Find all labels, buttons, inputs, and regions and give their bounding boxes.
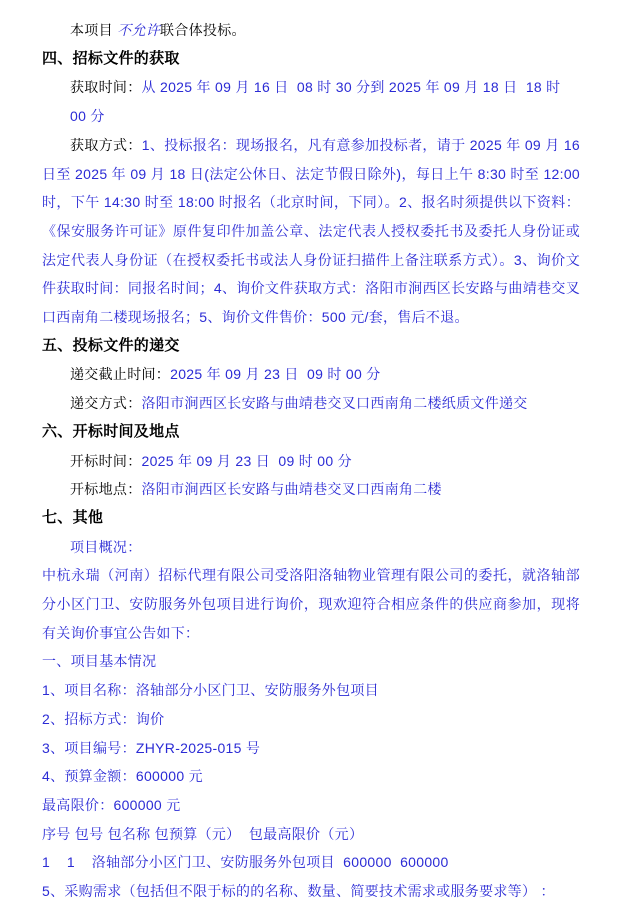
value-text: 不允许 xyxy=(117,22,160,38)
value-text: 最高限价：600000 元 xyxy=(42,797,181,813)
document-body: 本项目 不允许联合体投标。四、招标文件的获取获取时间：从 2025 年 09 月… xyxy=(42,16,580,906)
package-table-header: 序号 包号 包名称 包预算（元） 包最高限价（元） xyxy=(42,820,580,849)
tender-announcement-page: 本项目 不允许联合体投标。四、招标文件的获取获取时间：从 2025 年 09 月… xyxy=(0,0,623,907)
value-text: 一、项目基本情况 xyxy=(42,653,156,669)
value-text: 2025 年 09 月 23 日 09 时 00 分 xyxy=(170,366,380,382)
item-4-budget-amount: 4、预算金额：600000 元 xyxy=(42,762,580,791)
opening-time-line: 开标时间：2025 年 09 月 23 日 09 时 00 分 xyxy=(42,447,580,476)
value-text: 1、投标报名：现场报名，凡有意参加投标者，请于 2025 年 09 月 16 日… xyxy=(42,137,580,325)
value-text: 洛阳市涧西区长安路与曲靖巷交叉口西南角二楼 xyxy=(142,481,442,497)
label-text: 获取方式： xyxy=(70,137,142,153)
label-text: 开标地点： xyxy=(70,481,142,497)
obtain-method-paragraph: 获取方式：1、投标报名：现场报名，凡有意参加投标者，请于 2025 年 09 月… xyxy=(42,131,580,332)
label-text: 获取时间： xyxy=(70,79,142,95)
label-text: 递交方式： xyxy=(70,395,142,411)
label-text: 联合体投标。 xyxy=(160,22,246,38)
value-text: 序号 包号 包名称 包预算（元） 包最高限价（元） xyxy=(42,826,363,842)
item-5-procurement-requirements: 5、采购需求（包括但不限于标的的名称、数量、简要技术需求或服务要求等） ： xyxy=(42,877,580,906)
value-text: 洛阳市涧西区长安路与曲靖巷交叉口西南角二楼纸质文件递交 xyxy=(142,395,528,411)
label-text: 四、招标文件的获取 xyxy=(42,50,180,67)
label-text: 七、其他 xyxy=(42,509,103,526)
label-text: 六、开标时间及地点 xyxy=(42,423,180,440)
submission-method-line: 递交方式：洛阳市涧西区长安路与曲靖巷交叉口西南角二楼纸质文件递交 xyxy=(42,389,580,418)
value-text: 项目概况： xyxy=(70,539,142,555)
obtain-time-line: 获取时间：从 2025 年 09 月 16 日 08 时 30 分到 2025 … xyxy=(42,73,580,130)
heading-section-7-other: 七、其他 xyxy=(42,504,580,533)
label-text: 本项目 xyxy=(70,22,117,38)
value-text: 2025 年 09 月 23 日 09 时 00 分 xyxy=(142,453,352,469)
heading-section-4-document-obtain: 四、招标文件的获取 xyxy=(42,45,580,74)
project-overview-paragraph: 中杭永瑞（河南）招标代理有限公司受洛阳洛轴物业管理有限公司的委托，就洛轴部分小区… xyxy=(42,561,580,647)
submission-deadline-line: 递交截止时间：2025 年 09 月 23 日 09 时 00 分 xyxy=(42,360,580,389)
heading-section-6-bid-opening: 六、开标时间及地点 xyxy=(42,418,580,447)
heading-section-5-bid-submission: 五、投标文件的递交 xyxy=(42,332,580,361)
item-3-project-number: 3、项目编号：ZHYR-2025-015 号 xyxy=(42,734,580,763)
value-text: 中杭永瑞（河南）招标代理有限公司受洛阳洛轴物业管理有限公司的委托，就洛轴部分小区… xyxy=(42,567,580,640)
max-price-line: 最高限价：600000 元 xyxy=(42,791,580,820)
item-1-project-name: 1、项目名称：洛轴部分小区门卫、安防服务外包项目 xyxy=(42,676,580,705)
value-text: 从 2025 年 09 月 16 日 08 时 30 分到 2025 年 09 … xyxy=(70,79,565,124)
project-overview-label: 项目概况： xyxy=(42,533,580,562)
value-text: 5、采购需求（包括但不限于标的的名称、数量、简要技术需求或服务要求等） ： xyxy=(42,883,555,899)
value-text: 1、项目名称：洛轴部分小区门卫、安防服务外包项目 xyxy=(42,682,379,698)
opening-place-line: 开标地点：洛阳市涧西区长安路与曲靖巷交叉口西南角二楼 xyxy=(42,475,580,504)
joint-bid-note: 本项目 不允许联合体投标。 xyxy=(42,16,580,45)
value-text: 4、预算金额：600000 元 xyxy=(42,768,203,784)
item-2-bid-method: 2、招标方式：询价 xyxy=(42,705,580,734)
value-text: 2、招标方式：询价 xyxy=(42,711,165,727)
value-text: 1 1 洛轴部分小区门卫、安防服务外包项目 600000 600000 xyxy=(42,854,449,870)
subheading-1-basic-info: 一、项目基本情况 xyxy=(42,647,580,676)
label-text: 递交截止时间： xyxy=(70,366,170,382)
value-text: 3、项目编号：ZHYR-2025-015 号 xyxy=(42,740,260,756)
package-table-row: 1 1 洛轴部分小区门卫、安防服务外包项目 600000 600000 xyxy=(42,848,580,877)
label-text: 五、投标文件的递交 xyxy=(42,337,180,354)
label-text: 开标时间： xyxy=(70,453,142,469)
